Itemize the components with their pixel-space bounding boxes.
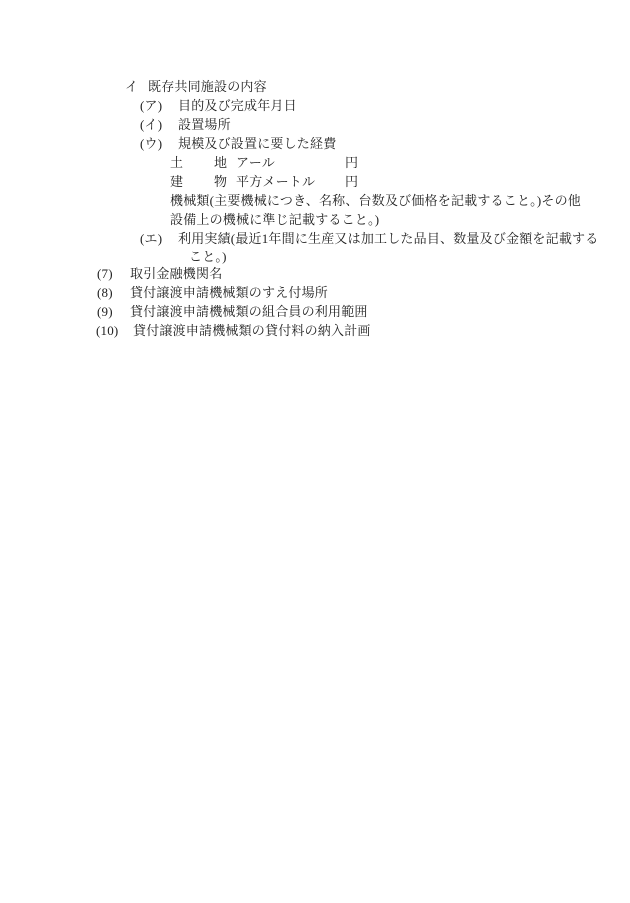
sub-item-e-continuation-text: こと。) (189, 248, 227, 265)
land-row-char2: 地 (214, 154, 227, 171)
item-7-marker: (7) (97, 265, 113, 282)
machinery-note-text2: 設備上の機械に準じ記載すること。) (170, 211, 379, 228)
sub-item-e-text: 利用実績(最近1年間に生産又は加工した品目、数量及び金額を記載する (178, 230, 598, 247)
building-row: 建 物 平方メートル 円 (0, 173, 630, 190)
sub-item-a-text: 目的及び完成年月日 (178, 97, 297, 114)
item-8-marker: (8) (97, 284, 113, 301)
sub-item-a-line: (ア) 目的及び完成年月日 (0, 97, 630, 114)
item-7-text: 取引金融機関名 (130, 265, 222, 282)
sub-item-i-line: (イ) 設置場所 (0, 116, 630, 133)
machinery-note-line1: 機械類(主要機械につき、名称、台数及び価格を記載すること。)その他 (0, 192, 630, 209)
item-10-text: 貸付譲渡申請機械類の貸付料の納入計画 (133, 322, 371, 339)
item-10-marker: (10) (96, 322, 118, 339)
building-row-currency: 円 (345, 173, 358, 190)
building-row-unit: 平方メートル (236, 173, 315, 190)
machinery-note-line2: 設備上の機械に準じ記載すること。) (0, 211, 630, 228)
item-9-line: (9) 貸付譲渡申請機械類の組合員の利用範囲 (0, 303, 630, 320)
building-row-char1: 建 (170, 173, 183, 190)
section-i-title: 既存共同施設の内容 (148, 78, 267, 95)
land-row-unit: アール (236, 154, 275, 171)
section-i-line: イ 既存共同施設の内容 (0, 78, 630, 95)
item-8-text: 貸付譲渡申請機械類のすえ付場所 (130, 284, 328, 301)
sub-item-e-marker: (エ) (140, 230, 162, 247)
sub-item-a-marker: (ア) (140, 97, 162, 114)
land-row-currency: 円 (345, 154, 358, 171)
sub-item-u-line: (ウ) 規模及び設置に要した経費 (0, 135, 630, 152)
item-7-line: (7) 取引金融機関名 (0, 265, 630, 282)
machinery-note-text1: 機械類(主要機械につき、名称、台数及び価格を記載すること。)その他 (170, 192, 581, 209)
land-row-char1: 土 (170, 154, 183, 171)
sub-item-i-text: 設置場所 (178, 116, 231, 133)
document-page: イ 既存共同施設の内容 (ア) 目的及び完成年月日 (イ) 設置場所 (ウ) 規… (0, 0, 630, 903)
sub-item-e-continuation-line: こと。) (0, 248, 630, 265)
sub-item-e-line: (エ) 利用実績(最近1年間に生産又は加工した品目、数量及び金額を記載する (0, 230, 630, 247)
building-row-char2: 物 (214, 173, 227, 190)
land-row: 土 地 アール 円 (0, 154, 630, 171)
sub-item-u-marker: (ウ) (140, 135, 162, 152)
item-9-text: 貸付譲渡申請機械類の組合員の利用範囲 (130, 303, 368, 320)
sub-item-u-text: 規模及び設置に要した経費 (178, 135, 336, 152)
item-9-marker: (9) (97, 303, 113, 320)
item-10-line: (10) 貸付譲渡申請機械類の貸付料の納入計画 (0, 322, 630, 339)
item-8-line: (8) 貸付譲渡申請機械類のすえ付場所 (0, 284, 630, 301)
section-i-marker: イ (125, 78, 138, 95)
sub-item-i-marker: (イ) (140, 116, 162, 133)
